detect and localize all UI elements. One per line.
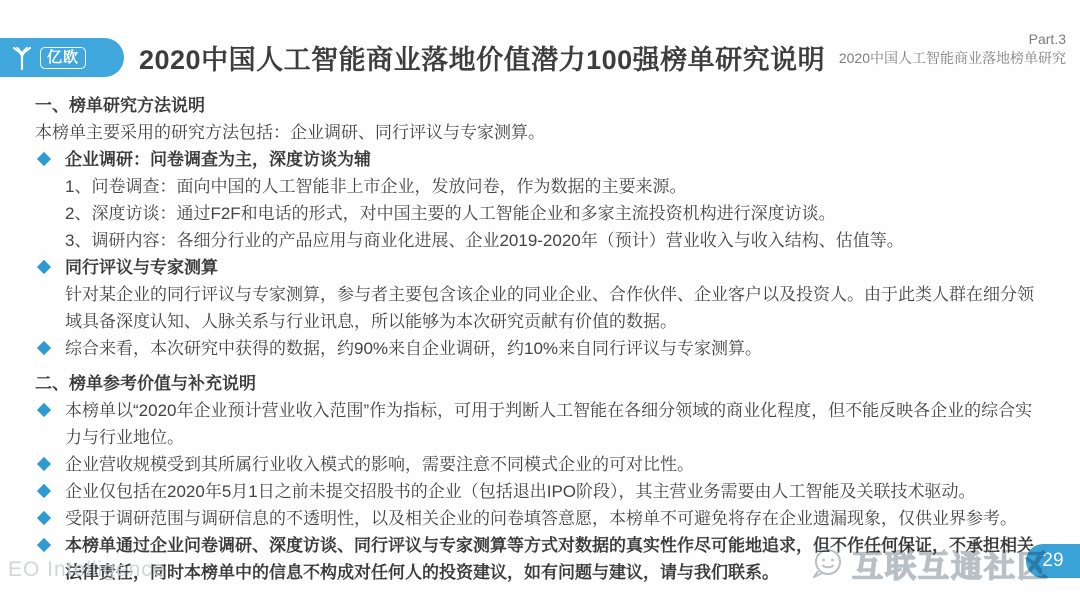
bullet-text: 企业调研：问卷调查为主，深度访谈为辅 <box>65 150 371 169</box>
brand-name: 亿欧 <box>40 47 86 69</box>
diamond-bullet-icon <box>37 403 51 417</box>
diamond-bullet-icon <box>37 152 51 166</box>
brand-logo: 亿欧 <box>0 38 124 77</box>
community-watermark: 互联互通社区 <box>809 541 1050 586</box>
slide: 亿欧 2020中国人工智能商业落地价值潜力100强榜单研究说明 Part.3 2… <box>0 0 1080 608</box>
part-subtitle: 2020中国人工智能商业落地榜单研究 <box>839 49 1066 68</box>
bullet-item: 企业仅包括在2020年5月1日之前未提交招股书的企业（包括退出IPO阶段），其主… <box>35 478 1047 505</box>
bullet-text: 企业营收规模受到其所属行业收入模式的影响，需要注意不同模式企业的可对比性。 <box>65 455 694 474</box>
diamond-bullet-icon <box>37 457 51 471</box>
diamond-bullet-icon <box>37 484 51 498</box>
diamond-bullet-icon <box>37 538 51 552</box>
bullet-text: 本榜单以“2020年企业预计营业收入范围”作为指标，可用于判断人工智能在各细分领… <box>65 401 1032 447</box>
bullet-text: 企业仅包括在2020年5月1日之前未提交招股书的企业（包括退出IPO阶段），其主… <box>65 482 976 501</box>
community-watermark-text: 互联互通社区 <box>852 541 1050 586</box>
bullet-text: 综合来看，本次研究中获得的数据，约90%来自企业调研，约10%来自同行评议与专家… <box>65 339 762 358</box>
page-title: 2020中国人工智能商业落地价值潜力100强榜单研究说明 <box>139 38 825 77</box>
diamond-bullet-icon <box>37 341 51 355</box>
bullet-text: 受限于调研范围与调研信息的不透明性，以及相关企业的问卷填答意愿，本榜单不可避免将… <box>65 509 1017 528</box>
bullet-item: 企业调研：问卷调查为主，深度访谈为辅 <box>35 146 1047 173</box>
bullet-item: 受限于调研范围与调研信息的不透明性，以及相关企业的问卷填答意愿，本榜单不可避免将… <box>35 505 1047 532</box>
diamond-bullet-icon <box>37 511 51 525</box>
numbered-item: 3、调研内容：各细分行业的产品应用与商业化进展、企业2019-2020年（预计）… <box>35 227 1047 254</box>
bullet-item: 本榜单以“2020年企业预计营业收入范围”作为指标，可用于判断人工智能在各细分领… <box>35 397 1047 451</box>
numbered-item: 2、深度访谈：通过F2F和电话的形式，对中国主要的人工智能企业和多家主流投资机构… <box>35 200 1047 227</box>
part-block: Part.3 2020中国人工智能商业落地榜单研究 <box>839 30 1066 68</box>
body-line: 本榜单主要采用的研究方法包括：企业调研、同行评议与专家测算。 <box>35 119 1047 146</box>
section-heading: 一、榜单研究方法说明 <box>35 92 1047 119</box>
bullet-item: 同行评议与专家测算 <box>35 254 1047 281</box>
yiou-logo-mark-icon <box>9 45 35 71</box>
slide-body: 一、榜单研究方法说明 本榜单主要采用的研究方法包括：企业调研、同行评议与专家测算… <box>35 92 1047 586</box>
section-heading: 二、榜单参考价值与补充说明 <box>35 370 1047 397</box>
wechat-smiley-icon <box>809 547 845 581</box>
numbered-item: 1、问卷调查：面向中国的人工智能非上市企业，发放问卷，作为数据的主要来源。 <box>35 173 1047 200</box>
diamond-bullet-icon <box>37 260 51 274</box>
bullet-item: 企业营收规模受到其所属行业收入模式的影响，需要注意不同模式企业的可对比性。 <box>35 451 1047 478</box>
eo-intelligence-watermark: EO Intelligence <box>8 558 165 582</box>
bullet-item: 综合来看，本次研究中获得的数据，约90%来自企业调研，约10%来自同行评议与专家… <box>35 335 1047 362</box>
bullet-text: 同行评议与专家测算 <box>65 258 218 277</box>
body-paragraph: 针对某企业的同行评议与专家测算，参与者主要包含该企业的同业企业、合作伙伴、企业客… <box>35 281 1047 335</box>
part-label: Part.3 <box>839 30 1066 49</box>
